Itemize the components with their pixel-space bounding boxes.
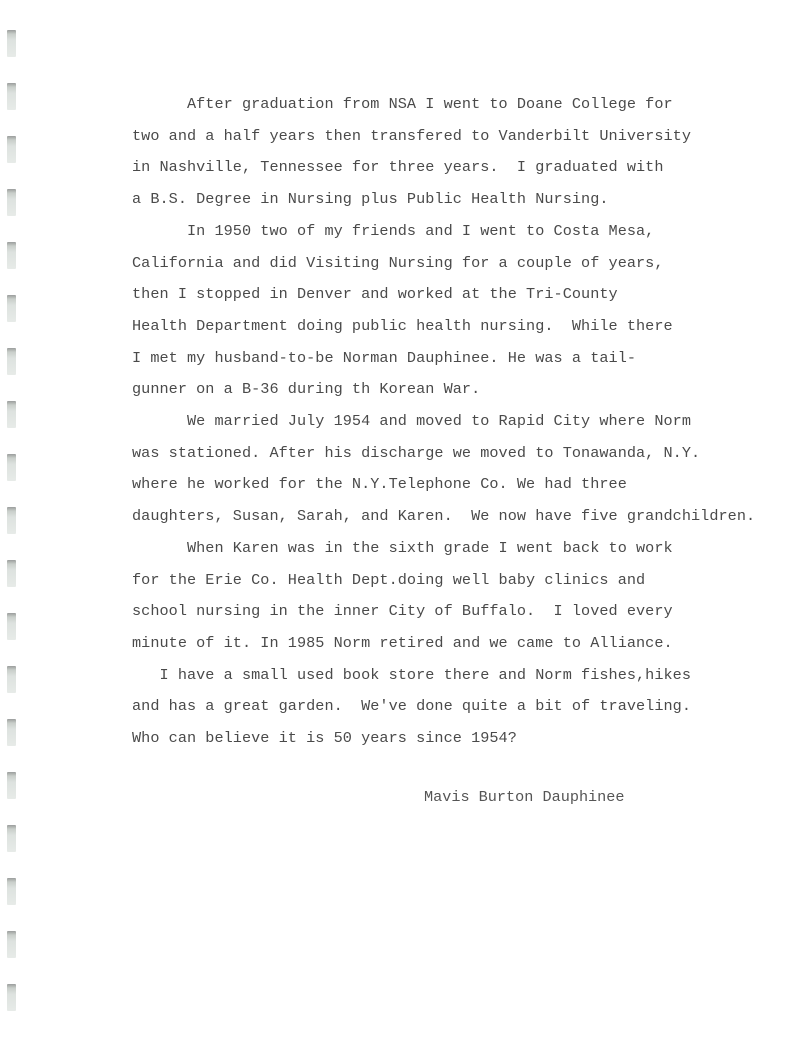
text-line: where he worked for the N.Y.Telephone Co… — [132, 474, 627, 494]
text-line: gunner on a B-36 during th Korean War. — [132, 379, 480, 399]
punch-hole — [7, 825, 16, 852]
text-line: California and did Visiting Nursing for … — [132, 253, 664, 273]
text-line: minute of it. In 1985 Norm retired and w… — [132, 633, 673, 653]
text-line: We married July 1954 and moved to Rapid … — [132, 411, 691, 431]
punch-hole — [7, 30, 16, 57]
punch-hole — [7, 613, 16, 640]
text-line: in Nashville, Tennessee for three years.… — [132, 157, 664, 177]
text-line: I have a small used book store there and… — [132, 665, 691, 685]
text-line: daughters, Susan, Sarah, and Karen. We n… — [132, 506, 755, 526]
punch-hole — [7, 984, 16, 1011]
punch-hole — [7, 242, 16, 269]
text-line: a B.S. Degree in Nursing plus Public Hea… — [132, 189, 609, 209]
text-line: I met my husband-to-be Norman Dauphinee.… — [132, 348, 636, 368]
punch-hole — [7, 83, 16, 110]
text-line: then I stopped in Denver and worked at t… — [132, 284, 618, 304]
punch-hole — [7, 454, 16, 481]
text-line: and has a great garden. We've done quite… — [132, 696, 691, 716]
text-line: When Karen was in the sixth grade I went… — [132, 538, 673, 558]
punch-hole — [7, 719, 16, 746]
punch-hole — [7, 560, 16, 587]
signature: Mavis Burton Dauphinee — [424, 788, 625, 806]
punch-hole — [7, 295, 16, 322]
punch-hole — [7, 348, 16, 375]
punch-hole — [7, 507, 16, 534]
text-line: In 1950 two of my friends and I went to … — [132, 221, 654, 241]
text-line: two and a half years then transfered to … — [132, 126, 691, 146]
text-line: Who can believe it is 50 years since 195… — [132, 728, 517, 748]
punch-hole — [7, 666, 16, 693]
text-line: school nursing in the inner City of Buff… — [132, 601, 673, 621]
text-line: Health Department doing public health nu… — [132, 316, 673, 336]
text-line: After graduation from NSA I went to Doan… — [132, 94, 673, 114]
punch-hole — [7, 931, 16, 958]
text-line: was stationed. After his discharge we mo… — [132, 443, 700, 463]
punch-hole — [7, 189, 16, 216]
punch-hole — [7, 401, 16, 428]
binder-punch-holes — [7, 0, 17, 1039]
punch-hole — [7, 878, 16, 905]
text-line: for the Erie Co. Health Dept.doing well … — [132, 570, 645, 590]
punch-hole — [7, 136, 16, 163]
punch-hole — [7, 772, 16, 799]
